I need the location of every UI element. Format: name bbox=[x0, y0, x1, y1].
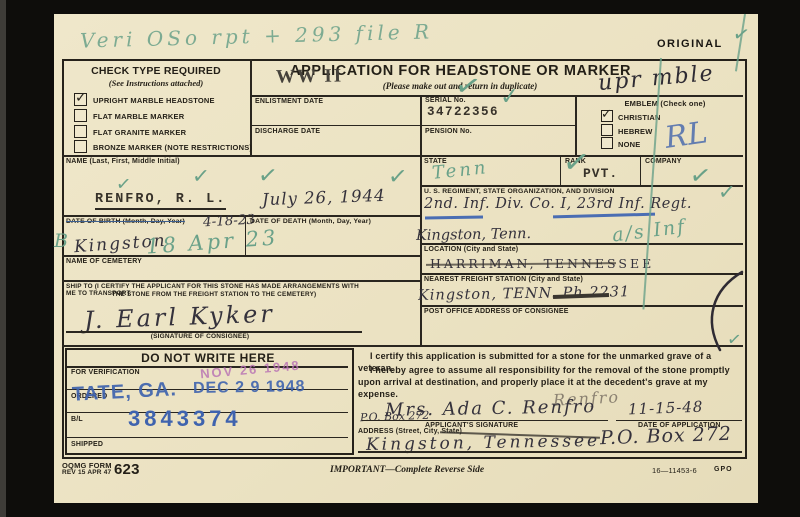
green-check-7: ✓ bbox=[387, 165, 409, 190]
name-label: NAME (Last, First, Middle Initial) bbox=[66, 158, 180, 165]
cemetery-label: NAME OF CEMETERY bbox=[66, 258, 142, 265]
consignee-signature-label: (SIGNATURE OF CONSIGNEE) bbox=[100, 333, 300, 340]
do-not-write-title: DO NOT WRITE HERE bbox=[68, 351, 348, 365]
checkbox-hebrew bbox=[601, 124, 613, 136]
bl-number-stamp: 3843374 bbox=[128, 406, 242, 432]
checkbox-christian-mark: ✓ bbox=[601, 108, 612, 121]
regiment-line2: Kingston, Tenn. bbox=[416, 226, 531, 244]
certification-line2: I hereby agree to assume all responsibil… bbox=[358, 364, 740, 400]
post-office-label: POST OFFICE ADDRESS OF CONSIGNEE bbox=[424, 308, 569, 315]
company-label: COMPANY bbox=[645, 158, 682, 165]
enlistment-date-label: ENLISTMENT DATE bbox=[255, 98, 323, 105]
check-type-title: CHECK TYPE REQUIRED bbox=[67, 65, 245, 77]
po-box-small-note: P.O. Box 272 bbox=[360, 409, 430, 424]
check-type-option-1: UPRIGHT MARBLE HEADSTONE bbox=[93, 96, 215, 105]
green-check-8: ✓ bbox=[688, 161, 713, 189]
green-check-6: ✓ bbox=[256, 164, 278, 189]
green-check-2: ✓ bbox=[499, 85, 520, 109]
checkbox-none bbox=[601, 137, 613, 149]
blue-initials: RL bbox=[663, 115, 710, 156]
footer-form-number: 623 bbox=[114, 461, 140, 478]
discharge-date-label: DISCHARGE DATE bbox=[255, 128, 320, 135]
green-b-note: B bbox=[54, 230, 68, 252]
bl-label: B/L bbox=[71, 416, 83, 423]
check-type-option-3: FLAT GRANITE MARKER bbox=[93, 128, 186, 137]
ordered-date-stamp: DEC 2 9 1948 bbox=[193, 378, 306, 398]
emblem-option-christian: CHRISTIAN bbox=[618, 113, 661, 122]
green-check-4: ✓ bbox=[115, 175, 132, 194]
po-box-large-note: P.O. Box 272 bbox=[600, 423, 733, 450]
copy-label: ORIGINAL bbox=[657, 38, 723, 50]
checkbox-flat-granite bbox=[74, 125, 87, 138]
checkbox-upright-marble-mark: ✓ bbox=[75, 91, 87, 105]
footer-print-code: 16—11453-6 bbox=[652, 466, 697, 475]
green-check-9: ✓ bbox=[717, 181, 736, 203]
ship-to-label-line2: THE STONE FROM THE FREIGHT STATION TO TH… bbox=[66, 291, 362, 298]
green-check-3: ✓ bbox=[560, 144, 592, 180]
freight-station-label: NEAREST FREIGHT STATION (City and State) bbox=[424, 276, 583, 283]
emblem-label: EMBLEM (Check one) bbox=[595, 99, 735, 108]
serial-no-value: 34722356 bbox=[427, 105, 499, 119]
pen-loop-scribble bbox=[700, 268, 748, 354]
check-type-option-4: BRONZE MARKER (NOTE RESTRICTIONS) bbox=[93, 143, 252, 152]
emblem-option-none: NONE bbox=[618, 140, 640, 149]
pension-no-label: PENSION No. bbox=[425, 128, 472, 135]
scan-edge bbox=[0, 0, 6, 517]
name-value: RENFRO, R. L. bbox=[95, 192, 226, 210]
check-type-option-2: FLAT MARBLE MARKER bbox=[93, 112, 184, 121]
date-of-birth-label: DATE OF BIRTH (Month, Day, Year) bbox=[66, 218, 185, 225]
footer-rev: REV 15 APR 47 bbox=[62, 469, 111, 476]
footer-important: IMPORTANT—Complete Reverse Side bbox=[330, 465, 484, 475]
application-date-value: 11-15-48 bbox=[628, 398, 704, 419]
check-type-subtitle: (See Instructions attached) bbox=[67, 78, 245, 88]
scanned-document: Veri OSo rpt + 293 file R ORIGINAL ✓ CHE… bbox=[0, 0, 800, 517]
for-verification-label: FOR VERIFICATION bbox=[71, 369, 140, 376]
checkbox-bronze bbox=[74, 140, 87, 153]
green-check-5: ✓ bbox=[191, 165, 210, 187]
date-of-death-label: DATE OF DEATH (Month, Day, Year) bbox=[250, 218, 371, 225]
emblem-option-hebrew: HEBREW bbox=[618, 127, 653, 136]
location-label: LOCATION (City and State) bbox=[424, 246, 518, 253]
shipped-label: SHIPPED bbox=[71, 441, 103, 448]
footer-gpo: GPO bbox=[714, 466, 733, 473]
ww2-stamp: WW II bbox=[276, 65, 344, 88]
regiment-label: U. S. REGIMENT, STATE ORGANIZATION, AND … bbox=[424, 188, 615, 195]
checkbox-flat-marble bbox=[74, 109, 87, 122]
